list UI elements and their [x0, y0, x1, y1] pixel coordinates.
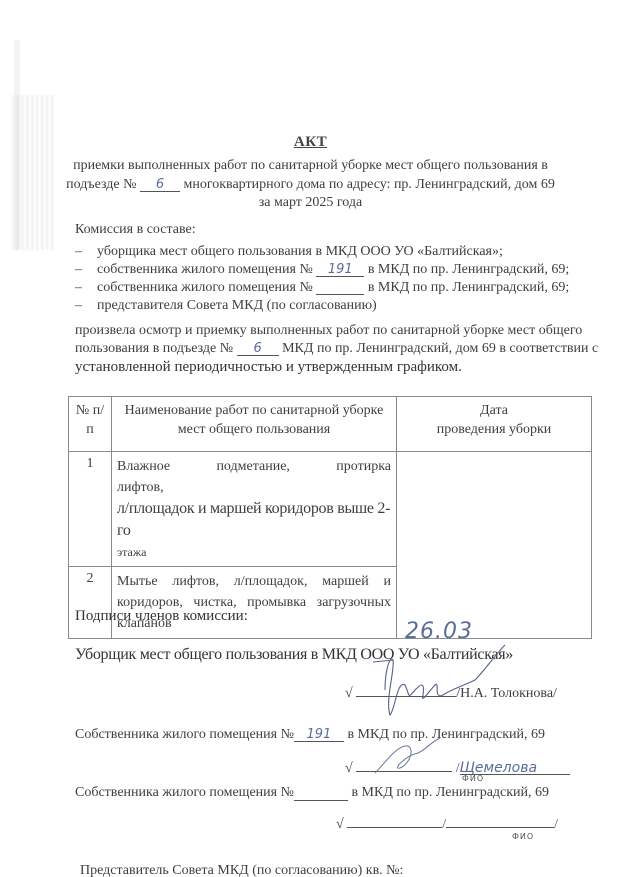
entrance-number-field[interactable]: 6	[140, 178, 180, 192]
row-name-line: Влажное подметание, протирка лифтов,	[117, 456, 391, 498]
header-name: Наименование работ по санитарной уборке …	[112, 397, 397, 452]
commission-member-council: –представителя Совета МКД (по согласован…	[75, 298, 377, 314]
document-title: АКТ	[0, 134, 621, 151]
list-dash: –	[75, 298, 97, 314]
check-mark: √	[345, 686, 353, 701]
owner1-apartment-field[interactable]: 191	[316, 263, 364, 277]
owner2-signature-row: √ //	[336, 813, 558, 833]
table-header-row: № п/п Наименование работ по санитарной у…	[69, 397, 592, 452]
document-subtitle-line2: подъезде № 6 многоквартирного дома по ад…	[0, 177, 621, 193]
document-period: за март 2025 года	[0, 195, 621, 211]
list-dash: –	[75, 262, 97, 278]
commission-member-cleaner: –уборщика мест общего пользования в МКД …	[75, 244, 503, 260]
works-table: № п/п Наименование работ по санитарной у…	[68, 396, 592, 639]
owner1-fio-label: ФИО	[462, 774, 484, 783]
document-subtitle-line1: приемки выполненных работ по санитарной …	[0, 158, 621, 174]
owner2-suffix: в МКД по пр. Ленинградский, 69	[351, 785, 549, 800]
owner1-row: Собственника жилого помещения №191 в МКД…	[75, 727, 545, 743]
commission-member-owner1: –собственника жилого помещения № 191 в М…	[75, 262, 569, 278]
header-date-line2: проведения уборки	[402, 420, 586, 439]
member-text: собственника жилого помещения №	[97, 280, 313, 295]
owner1-name-field[interactable]: Щемелова	[460, 760, 570, 775]
check-mark: √	[336, 817, 344, 832]
statement-line1: произвела осмотр и приемку выполненных р…	[75, 323, 582, 339]
commission-heading: Комиссия в составе:	[75, 222, 196, 238]
entrance-label: подъезде №	[66, 177, 136, 192]
header-date: Дата проведения уборки	[397, 397, 592, 452]
check-mark: √	[345, 761, 353, 776]
member-text: уборщика мест общего пользования в МКД О…	[97, 244, 503, 259]
statement-text: пользования в подъезде №	[75, 341, 233, 356]
owner2-apartment-field-signature[interactable]	[294, 786, 348, 801]
statement-text: МКД по пр. Ленинградский, дом 69 в соотв…	[282, 341, 598, 356]
owner2-name-field[interactable]	[446, 813, 554, 828]
signatures-heading: Подписи членов комиссии:	[75, 608, 248, 625]
row-name-line: л/площадок и маршей коридоров выше 2-го	[117, 498, 391, 542]
owner2-label: Собственника жилого помещения №	[75, 785, 294, 800]
statement-line3: установленной периодичностью и утвержден…	[75, 359, 462, 376]
table-row: 1 Влажное подметание, протирка лифтов, л…	[69, 452, 592, 567]
member-suffix: в МКД по пр. Ленинградский, 69;	[368, 262, 570, 277]
header-num: № п/п	[69, 397, 112, 452]
row-name-line: этажа	[117, 542, 391, 562]
address-text: многоквартирного дома по адресу: пр. Лен…	[183, 177, 554, 192]
member-text: собственника жилого помещения №	[97, 262, 313, 277]
list-dash: –	[75, 280, 97, 296]
row-name: Влажное подметание, протирка лифтов, л/п…	[112, 452, 397, 567]
owner1-label: Собственника жилого помещения №	[75, 727, 294, 742]
owner2-apartment-field[interactable]	[316, 281, 364, 295]
commission-member-owner2: –собственника жилого помещения № в МКД п…	[75, 280, 569, 296]
statement-entrance-field[interactable]: 6	[237, 342, 279, 356]
member-text: представителя Совета МКД (по согласовани…	[97, 298, 377, 313]
header-date-line1: Дата	[402, 401, 586, 420]
list-dash: –	[75, 244, 97, 260]
row-name: Мытье лифтов, л/площадок, маршей и корид…	[112, 567, 397, 639]
council-label: Представитель Совета МКД (по согласовани…	[80, 863, 403, 877]
owner1-signature-icon	[370, 738, 450, 778]
row-num: 2	[69, 567, 112, 639]
row-num: 1	[69, 452, 112, 567]
member-suffix: в МКД по пр. Ленинградский, 69;	[368, 280, 570, 295]
owner2-row: Собственника жилого помещения № в МКД по…	[75, 785, 549, 801]
owner1-apartment-field-signature[interactable]: 191	[294, 728, 344, 742]
cleaner-signature-icon	[365, 640, 505, 720]
date-cell[interactable]: 26.03	[397, 452, 592, 639]
statement-line2: пользования в подъезде № 6 МКД по пр. Ле…	[75, 341, 598, 357]
owner2-fio-label: ФИО	[512, 832, 534, 841]
owner2-signature-field[interactable]	[347, 813, 442, 828]
